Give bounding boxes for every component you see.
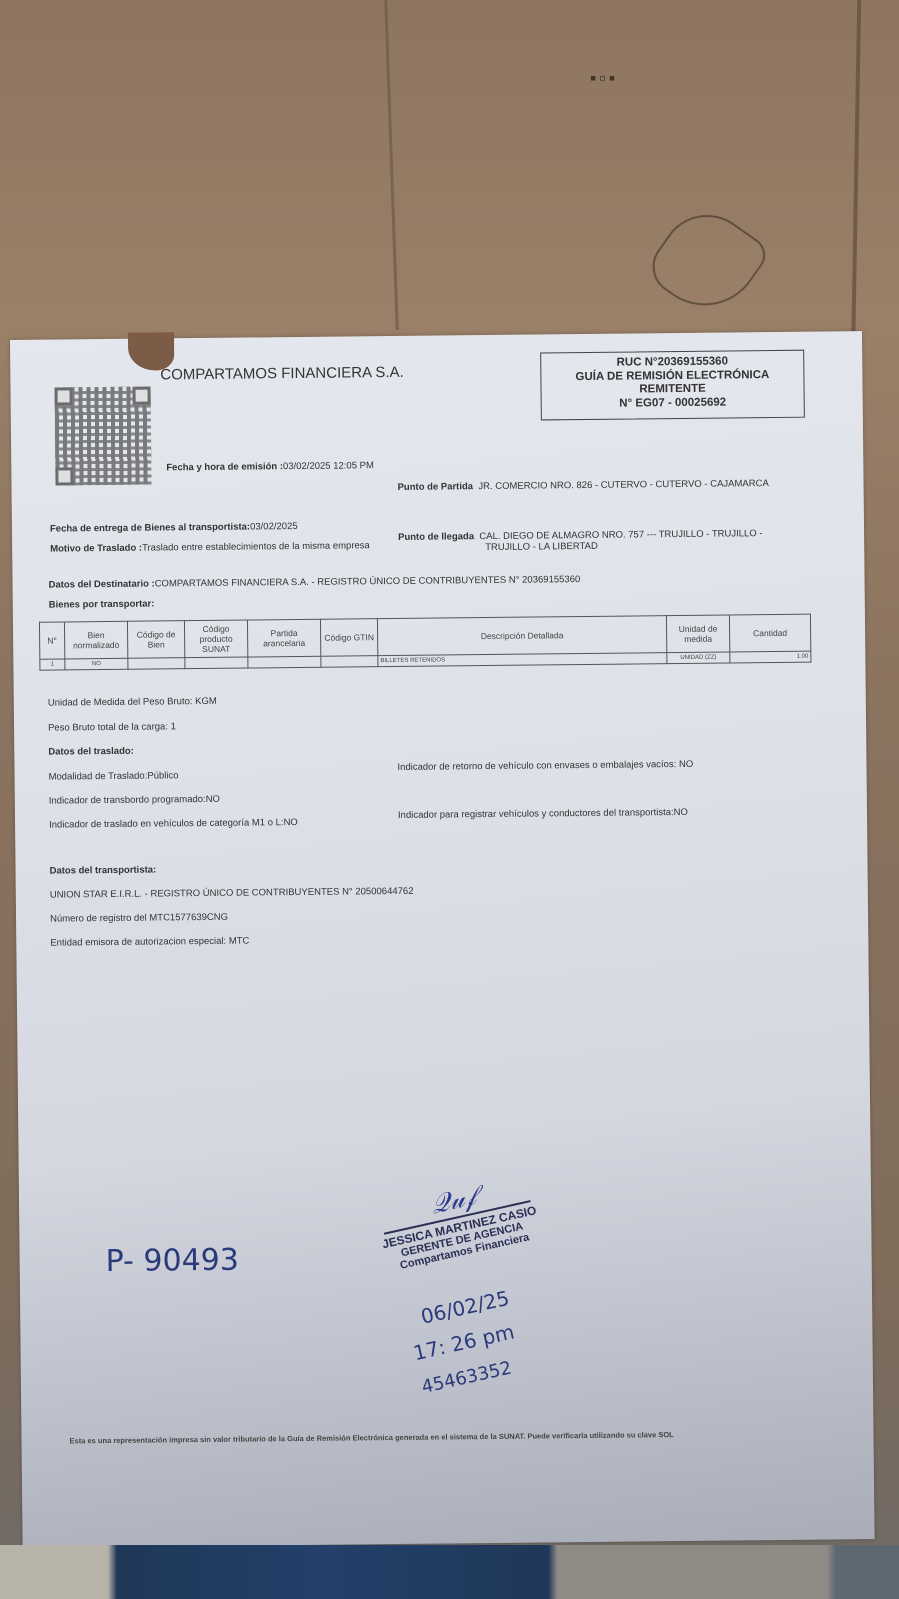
transportista-title: Datos del transportista: [50, 864, 157, 876]
cell: 1 [40, 659, 65, 670]
cell [128, 658, 185, 670]
modalidad-traslado: Modalidad de Traslado:Público [49, 770, 179, 782]
peso-unidad: Unidad de Medida del Peso Bruto: KGM [48, 696, 217, 709]
fecha-entrega: Fecha de entrega de Bienes al transporti… [50, 521, 298, 535]
col-header: Partida arancelaria [247, 619, 320, 657]
cell: BILLETES RETENIDOS [378, 653, 667, 667]
transportista: UNION STAR E.I.R.L. - REGISTRO ÚNICO DE … [50, 886, 414, 901]
indicador-retorno: Indicador de retorno de vehículo con env… [397, 759, 693, 773]
cell [321, 656, 378, 668]
col-header: Bien normalizado [64, 621, 127, 659]
cardboard-seam [384, 0, 399, 330]
bienes-title: Bienes por transportar: [49, 599, 155, 611]
destinatario: Datos del Destinatario :COMPARTAMOS FINA… [49, 574, 581, 591]
entidad-emisora: Entidad emisora de autorizacion especial… [50, 936, 249, 949]
qr-finder-icon [132, 387, 150, 405]
cardboard-ink-marks: ▪▫▪ [590, 68, 618, 89]
indicador-registrar: Indicador para registrar vehículos y con… [398, 807, 688, 821]
cell [185, 657, 248, 669]
shipping-document: COMPARTAMOS FINANCIERA S.A. RUC N°203691… [10, 331, 875, 1548]
qr-finder-icon [55, 387, 73, 405]
handwritten-id: 45463352 [420, 1358, 514, 1398]
emission-date: Fecha y hora de emisión :03/02/2025 12:0… [166, 460, 374, 473]
goods-table: N° Bien normalizado Código de Bien Códig… [39, 614, 811, 671]
peso-total: Peso Bruto total de la carga: 1 [48, 721, 176, 733]
col-header: Cantidad [729, 614, 810, 652]
col-header: N° [39, 622, 64, 659]
cell: UNIDAD (ZZ) [667, 652, 730, 664]
document-title: GUÍA DE REMISIÓN ELECTRÓNICA [541, 368, 803, 384]
col-header: Descripción Detallada [377, 616, 666, 656]
document-header-box: RUC N°20369155360 GUÍA DE REMISIÓN ELECT… [540, 350, 805, 421]
indicador-m1: Indicador de traslado en vehículos de ca… [49, 817, 298, 831]
motivo-traslado: Motivo de Traslado :Traslado entre estab… [50, 540, 370, 554]
traslado-title: Datos del traslado: [48, 746, 134, 758]
col-header: Código producto SUNAT [184, 620, 247, 658]
cardboard-scribble [642, 197, 773, 328]
mtc-registro: Número de registro del MTC1577639CNG [50, 912, 228, 925]
cell: 1.00 [730, 651, 811, 663]
cell: NO [65, 658, 128, 670]
col-header: Código GTIN [320, 619, 377, 657]
document-number: N° EG07 - 00025692 [542, 395, 804, 411]
indicador-transbordo: Indicador de transbordo programado:NO [49, 794, 220, 807]
company-name: COMPARTAMOS FINANCIERA S.A. [160, 364, 404, 384]
handwritten-reference: P- 90493 [105, 1243, 239, 1279]
background-bottom [0, 1545, 899, 1599]
qr-finder-icon [55, 467, 73, 485]
paper-tear [128, 332, 174, 370]
col-header: Código de Bien [127, 621, 184, 659]
cell [248, 656, 321, 668]
punto-partida: Punto de Partida JR. COMERCIO NRO. 826 -… [398, 478, 769, 493]
qr-code-icon [55, 387, 152, 486]
signature-stamp: 𝒬𝓊𝒻 JESSICA MARTINEZ CASIO GERENTE DE AG… [373, 1169, 543, 1275]
col-header: Unidad de medida [666, 615, 729, 653]
footer-note: Esta es una representación impresa sin v… [69, 1430, 673, 1445]
punto-llegada-line2: TRUJILLO - LA LIBERTAD [485, 541, 598, 553]
